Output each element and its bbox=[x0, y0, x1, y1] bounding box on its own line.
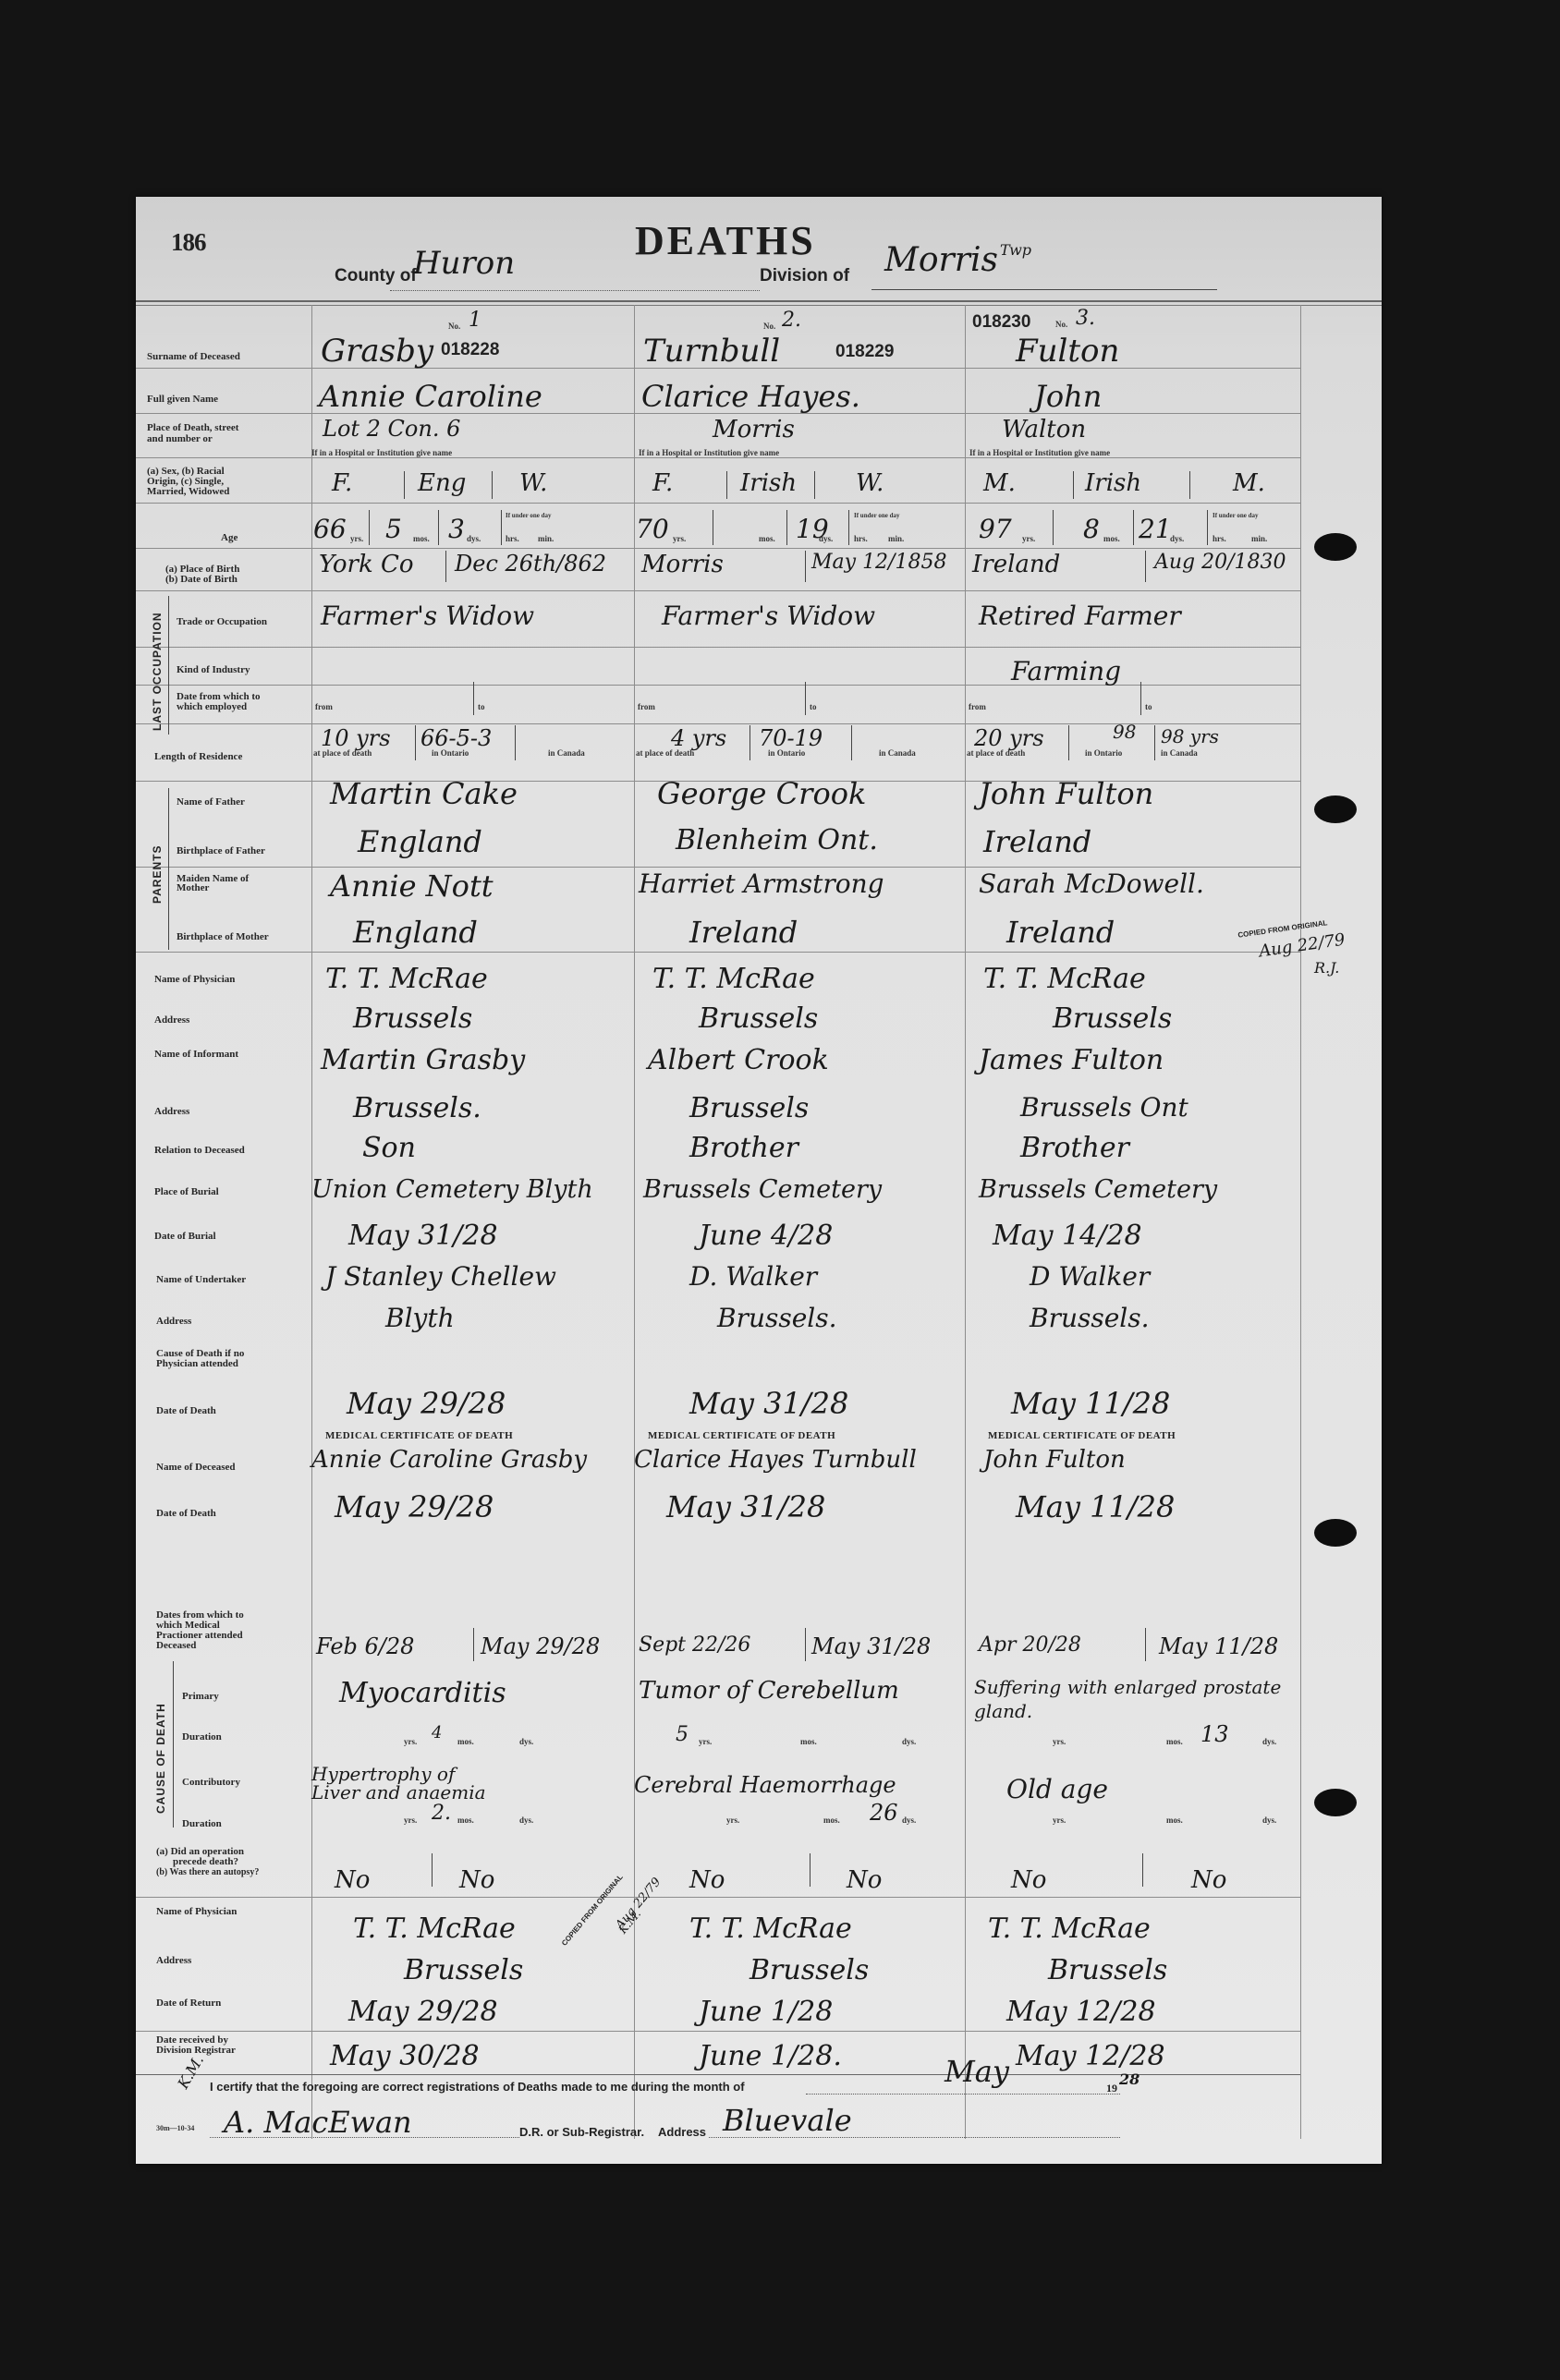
sub-divider bbox=[473, 682, 474, 715]
punch-hole bbox=[1314, 795, 1357, 823]
birth-place-value: Ireland bbox=[972, 551, 1060, 578]
mos-unit: mos. bbox=[1166, 1737, 1183, 1746]
racial-origin-value: Irish bbox=[1085, 469, 1141, 497]
date-of-death-value: May 11/28 bbox=[1011, 1386, 1170, 1421]
primary-cause-value: Myocarditis bbox=[339, 1677, 506, 1709]
at-place-label: at place of death bbox=[313, 748, 372, 758]
place-of-death-value: Morris bbox=[713, 416, 795, 443]
informant-address-value: Brussels Ont bbox=[1020, 1092, 1188, 1123]
racial-origin-value: Irish bbox=[740, 469, 797, 497]
sub-divider bbox=[432, 1853, 433, 1887]
sub-divider bbox=[404, 471, 405, 499]
label-undertaker-address: Address bbox=[156, 1317, 191, 1327]
mother-maiden-value: Sarah McDowell. bbox=[979, 868, 1204, 899]
med-date-of-death-value: May 11/28 bbox=[1016, 1489, 1175, 1524]
label-residence: Length of Residence bbox=[154, 752, 242, 762]
racial-origin-value: Eng bbox=[418, 469, 466, 497]
sub-divider bbox=[805, 551, 806, 582]
certify-month: May bbox=[945, 2054, 1009, 2089]
date-return-value: June 1/28 bbox=[699, 1996, 833, 2028]
label-undertaker: Name of Undertaker bbox=[156, 1275, 246, 1285]
yrs-unit: yrs. bbox=[1053, 1815, 1066, 1825]
label-given-name: Full given Name bbox=[147, 395, 218, 405]
sub-divider bbox=[515, 725, 516, 760]
record-column-3: 018230 No. 3. Fulton John Walton If in a… bbox=[965, 305, 1300, 2139]
operation-value: No bbox=[1011, 1866, 1046, 1894]
dys-unit: dys. bbox=[467, 534, 481, 543]
sub-divider bbox=[1145, 551, 1146, 582]
registration-number: 018228 bbox=[441, 340, 499, 360]
relation-value: Brother bbox=[1020, 1132, 1129, 1164]
med-address-value: Brussels bbox=[404, 1954, 523, 1986]
registration-number: 018230 bbox=[972, 312, 1030, 333]
informant-value: Albert Crook bbox=[648, 1044, 829, 1076]
med-name-value: Clarice Hayes Turnbull bbox=[634, 1446, 917, 1474]
physician-address-value: Brussels bbox=[699, 1002, 818, 1035]
dys-unit: dys. bbox=[1170, 534, 1184, 543]
dys-unit: dys. bbox=[519, 1815, 533, 1825]
label-operation-2: precede death? bbox=[173, 1857, 238, 1867]
death-register-page: 186 DEATHS County of Huron Division of M… bbox=[136, 197, 1382, 2164]
burial-date-value: May 14/28 bbox=[993, 1220, 1142, 1252]
sub-divider bbox=[445, 551, 446, 582]
primary-duration-mos: 4 bbox=[432, 1723, 442, 1742]
undertaker-value: D. Walker bbox=[689, 1261, 817, 1292]
label-duration-contributory: Duration bbox=[182, 1819, 222, 1829]
county-underline bbox=[390, 290, 760, 291]
burial-place-value: Union Cemetery Blyth bbox=[311, 1175, 593, 1204]
yrs-unit: yrs. bbox=[726, 1815, 739, 1825]
sub-divider bbox=[805, 1628, 806, 1661]
age-days-value: 21 bbox=[1139, 514, 1172, 544]
given-name-value: Clarice Hayes. bbox=[641, 379, 860, 414]
physician-value: T. T. McRae bbox=[652, 963, 815, 995]
under-one-day-hint: If under one day bbox=[854, 512, 899, 519]
mos-unit: mos. bbox=[413, 534, 430, 543]
min-unit: min. bbox=[888, 534, 904, 543]
label-trade: Trade or Occupation bbox=[177, 617, 267, 627]
informant-value: James Fulton bbox=[979, 1044, 1164, 1076]
yrs-unit: yrs. bbox=[404, 1815, 417, 1825]
father-name-value: John Fulton bbox=[979, 776, 1153, 811]
residence-place-value: 10 yrs bbox=[321, 725, 391, 751]
age-months-value: 8 bbox=[1083, 514, 1100, 544]
med-date-of-death-value: May 29/28 bbox=[335, 1489, 494, 1524]
from-label: from bbox=[638, 702, 655, 711]
label-place-of-death-1: Place of Death, street bbox=[147, 423, 238, 433]
residence-canada-value: 98 yrs bbox=[1161, 725, 1219, 747]
label-med-date-of-death: Date of Death bbox=[156, 1509, 216, 1519]
contributory-duration-mos: 2. bbox=[432, 1802, 451, 1825]
residence-ontario-value: 70-19 bbox=[759, 725, 823, 751]
residence-place-value: 4 yrs bbox=[671, 725, 726, 751]
hospital-hint: If in a Hospital or Institution give nam… bbox=[969, 448, 1110, 457]
undertaker-address-value: Blyth bbox=[385, 1303, 455, 1333]
industry-value: Farming bbox=[1011, 656, 1121, 686]
division-underline bbox=[871, 289, 1217, 290]
sub-divider bbox=[369, 510, 370, 545]
at-place-label: at place of death bbox=[967, 748, 1025, 758]
attended-to-value: May 11/28 bbox=[1159, 1633, 1278, 1659]
label-burial-date: Date of Burial bbox=[154, 1232, 216, 1242]
col-divider-3 bbox=[1300, 305, 1301, 2139]
attended-to-value: May 31/28 bbox=[811, 1633, 931, 1659]
label-place-of-death-2: and number or bbox=[147, 434, 213, 444]
record-no: 2. bbox=[782, 309, 801, 332]
marital-value: W. bbox=[519, 469, 547, 497]
burial-date-value: June 4/28 bbox=[699, 1220, 833, 1252]
footer-address-label: Address bbox=[658, 2125, 706, 2139]
yrs-unit: yrs. bbox=[699, 1737, 712, 1746]
county-label: County of bbox=[335, 266, 417, 286]
parents-bracket bbox=[168, 788, 169, 950]
dys-unit: dys. bbox=[902, 1815, 916, 1825]
date-received-value: June 1/28. bbox=[699, 2040, 842, 2072]
primary-cause-value: Suffering with enlarged prostate gland. bbox=[974, 1675, 1288, 1723]
sub-divider bbox=[1145, 1628, 1146, 1661]
sub-divider bbox=[1073, 471, 1074, 499]
record-no: 3. bbox=[1076, 307, 1095, 330]
label-employed-2: which employed bbox=[177, 702, 247, 712]
date-received-value: May 30/28 bbox=[330, 2040, 480, 2072]
registrar-signature: A. MacEwan bbox=[224, 2105, 412, 2140]
sex-value: F. bbox=[652, 469, 673, 497]
sub-divider bbox=[726, 471, 727, 499]
med-physician-value: T. T. McRae bbox=[988, 1912, 1151, 1945]
mos-unit: mos. bbox=[823, 1815, 840, 1825]
date-return-value: May 29/28 bbox=[348, 1996, 498, 2028]
record-column-2: No. 2. 018229 Turnbull Clarice Hayes. Mo… bbox=[634, 305, 965, 2139]
to-label: to bbox=[1145, 702, 1152, 711]
yrs-unit: yrs. bbox=[1053, 1737, 1066, 1746]
sub-divider bbox=[415, 725, 416, 760]
to-label: to bbox=[478, 702, 485, 711]
date-of-death-value: May 29/28 bbox=[347, 1386, 506, 1421]
attended-from-value: Apr 20/28 bbox=[979, 1633, 1081, 1657]
medical-certificate-heading: MEDICAL CERTIFICATE OF DEATH bbox=[325, 1430, 513, 1441]
age-years-value: 97 bbox=[979, 514, 1012, 544]
in-ontario-label: in Ontario bbox=[768, 748, 805, 758]
undertaker-value: J Stanley Chellew bbox=[325, 1261, 556, 1292]
date-return-value: May 12/28 bbox=[1006, 1996, 1156, 2028]
med-physician-value: T. T. McRae bbox=[353, 1912, 516, 1945]
autopsy-value: No bbox=[847, 1866, 882, 1894]
med-name-value: Annie Caroline Grasby bbox=[311, 1446, 587, 1474]
parents-group-label: PARENTS bbox=[151, 845, 164, 904]
physician-value: T. T. McRae bbox=[325, 963, 488, 995]
label-mother-birthplace: Birthplace of Mother bbox=[177, 932, 269, 942]
hrs-unit: hrs. bbox=[1213, 534, 1226, 543]
year-suffix: 28 bbox=[1119, 2070, 1140, 2088]
from-label: from bbox=[969, 702, 986, 711]
cause-bracket bbox=[173, 1661, 174, 1827]
sex-value: F. bbox=[332, 469, 352, 497]
label-duration-primary: Duration bbox=[182, 1732, 222, 1742]
age-years-value: 66 bbox=[313, 514, 347, 544]
autopsy-value: No bbox=[1191, 1866, 1226, 1894]
surname-value: Fulton bbox=[1016, 333, 1119, 370]
med-physician-value: T. T. McRae bbox=[689, 1912, 852, 1945]
father-name-value: Martin Cake bbox=[330, 776, 518, 811]
father-birthplace-value: Blenheim Ont. bbox=[676, 824, 878, 856]
undertaker-value: D Walker bbox=[1030, 1261, 1150, 1292]
date-received-value: May 12/28 bbox=[1016, 2040, 1165, 2072]
attended-to-value: May 29/28 bbox=[481, 1633, 600, 1659]
registration-number: 018229 bbox=[835, 342, 894, 362]
undertaker-address-value: Brussels. bbox=[1030, 1303, 1150, 1333]
label-informant-address: Address bbox=[154, 1107, 189, 1117]
sub-divider bbox=[851, 725, 852, 760]
dys-unit: dys. bbox=[902, 1737, 916, 1746]
burial-place-value: Brussels Cemetery bbox=[643, 1175, 882, 1204]
physician-address-value: Brussels bbox=[353, 1002, 472, 1035]
residence-place-value: 20 yrs bbox=[974, 725, 1044, 751]
mos-unit: mos. bbox=[800, 1737, 817, 1746]
occupation-bracket bbox=[168, 596, 169, 735]
mos-unit: mos. bbox=[457, 1815, 474, 1825]
sub-divider bbox=[848, 510, 849, 545]
under-one-day-hint: If under one day bbox=[1213, 512, 1258, 519]
sub-divider bbox=[1053, 510, 1054, 545]
sub-divider bbox=[1142, 1853, 1143, 1887]
label-contributory: Contributory bbox=[182, 1778, 240, 1788]
page-number: 186 bbox=[171, 228, 206, 257]
informant-address-value: Brussels. bbox=[353, 1092, 481, 1124]
mother-birthplace-value: Ireland bbox=[689, 915, 798, 950]
record-column-1: No. 1 018228 Grasby Annie Caroline Lot 2… bbox=[311, 305, 634, 2139]
contributory-cause-value: Cerebral Haemorrhage bbox=[634, 1772, 896, 1798]
label-relation: Relation to Deceased bbox=[154, 1146, 245, 1156]
sub-divider bbox=[1133, 510, 1134, 545]
med-address-value: Brussels bbox=[750, 1954, 869, 1986]
contributory-cause-value: Hypertrophy of Liver and anaemia bbox=[311, 1765, 496, 1802]
in-canada-label: in Canada bbox=[879, 748, 916, 758]
label-sex-3: Married, Widowed bbox=[147, 487, 229, 497]
relation-value: Son bbox=[362, 1132, 416, 1164]
age-years-value: 70 bbox=[636, 514, 669, 544]
at-place-label: at place of death bbox=[636, 748, 694, 758]
dys-unit: dys. bbox=[519, 1737, 533, 1746]
month-underline bbox=[806, 2094, 1120, 2095]
place-of-death-value: Lot 2 Con. 6 bbox=[323, 416, 460, 442]
label-attended-4: Deceased bbox=[156, 1641, 196, 1651]
med-name-value: John Fulton bbox=[983, 1446, 1126, 1474]
hospital-hint: If in a Hospital or Institution give nam… bbox=[311, 448, 452, 457]
med-address-value: Brussels bbox=[1048, 1954, 1167, 1986]
mother-maiden-value: Annie Nott bbox=[330, 868, 494, 904]
residence-ontario-value: 66-5-3 bbox=[420, 725, 492, 751]
autopsy-value: No bbox=[459, 1866, 494, 1894]
label-industry: Kind of Industry bbox=[177, 665, 250, 675]
contributory-cause-value: Old age bbox=[1006, 1774, 1108, 1804]
yrs-unit: yrs. bbox=[673, 534, 686, 543]
no-label: No. bbox=[763, 322, 775, 331]
under-one-day-hint: If under one day bbox=[506, 512, 551, 519]
informant-address-value: Brussels bbox=[689, 1092, 809, 1124]
label-med-name: Name of Deceased bbox=[156, 1463, 236, 1473]
label-cause-no-physician-2: Physician attended bbox=[156, 1359, 238, 1369]
sub-divider bbox=[805, 682, 806, 715]
dys-unit: dys. bbox=[819, 534, 833, 543]
label-physician-address: Address bbox=[154, 1015, 189, 1026]
label-mother-maiden-2: Mother bbox=[177, 883, 209, 893]
trade-value: Retired Farmer bbox=[979, 601, 1181, 631]
label-birth-2: (b) Date of Birth bbox=[165, 575, 238, 585]
certify-statement: I certify that the foregoing are correct… bbox=[210, 2080, 745, 2094]
marital-value: M. bbox=[1233, 469, 1265, 497]
label-informant: Name of Informant bbox=[154, 1050, 238, 1060]
min-unit: min. bbox=[1251, 534, 1267, 543]
sub-divider bbox=[473, 1628, 474, 1661]
surname-value: Grasby bbox=[321, 333, 433, 370]
hospital-hint: If in a Hospital or Institution give nam… bbox=[639, 448, 779, 457]
operation-value: No bbox=[335, 1866, 370, 1894]
label-med-address: Address bbox=[156, 1956, 191, 1966]
physician-address-value: Brussels bbox=[1053, 1002, 1172, 1035]
mother-birthplace-value: England bbox=[353, 915, 478, 950]
sub-divider bbox=[814, 471, 815, 499]
division-label: Division of bbox=[760, 266, 849, 286]
sub-divider bbox=[1140, 682, 1141, 715]
punch-hole bbox=[1314, 533, 1357, 561]
sub-divider bbox=[750, 725, 750, 760]
attended-from-value: Sept 22/26 bbox=[639, 1633, 750, 1657]
father-name-value: George Crook bbox=[657, 776, 866, 811]
primary-duration-yrs: 5 bbox=[676, 1723, 689, 1746]
to-label: to bbox=[810, 702, 817, 711]
relation-value: Brother bbox=[689, 1132, 798, 1164]
age-months-value: 5 bbox=[385, 514, 402, 544]
mother-birthplace-value: Ireland bbox=[1006, 915, 1115, 950]
yrs-unit: yrs. bbox=[1022, 534, 1035, 543]
primary-cause-value: Tumor of Cerebellum bbox=[639, 1677, 899, 1705]
undertaker-address-value: Brussels. bbox=[717, 1303, 837, 1333]
birth-place-value: York Co bbox=[319, 551, 414, 578]
burial-place-value: Brussels Cemetery bbox=[979, 1175, 1217, 1204]
cause-group-label: CAUSE OF DEATH bbox=[154, 1703, 167, 1814]
footer-address-value: Bluevale bbox=[723, 2103, 852, 2138]
birth-date-value: May 12/1858 bbox=[811, 551, 946, 574]
operation-value: No bbox=[689, 1866, 725, 1894]
division-suffix: Twp bbox=[1000, 241, 1031, 259]
punch-hole bbox=[1314, 1519, 1357, 1547]
division-value: Morris bbox=[884, 241, 998, 279]
stamp-1-initials: R.J. bbox=[1314, 959, 1339, 977]
sub-divider bbox=[1189, 471, 1190, 499]
margin-initials: K.M. bbox=[174, 2052, 207, 2092]
sub-divider bbox=[1154, 725, 1155, 760]
birth-place-value: Morris bbox=[641, 551, 724, 578]
label-father-birthplace: Birthplace of Father bbox=[177, 846, 265, 856]
trade-value: Farmer's Widow bbox=[321, 601, 534, 631]
sub-divider bbox=[1207, 510, 1208, 545]
sub-divider bbox=[713, 510, 713, 545]
label-operation-3: (b) Was there an autopsy? bbox=[156, 1867, 259, 1877]
mos-unit: mos. bbox=[759, 534, 775, 543]
father-birthplace-value: England bbox=[358, 824, 482, 859]
label-date-return: Date of Return bbox=[156, 1998, 221, 2009]
burial-date-value: May 31/28 bbox=[348, 1220, 498, 1252]
father-birthplace-value: Ireland bbox=[983, 824, 1091, 859]
dys-unit: dys. bbox=[1262, 1815, 1276, 1825]
no-label: No. bbox=[1055, 320, 1067, 329]
label-primary: Primary bbox=[182, 1692, 219, 1702]
page-title: DEATHS bbox=[635, 217, 816, 264]
sex-value: M. bbox=[983, 469, 1016, 497]
mos-unit: mos. bbox=[1166, 1815, 1183, 1825]
attended-from-value: Feb 6/28 bbox=[316, 1633, 414, 1659]
hrs-unit: hrs. bbox=[506, 534, 519, 543]
in-ontario-label: in Ontario bbox=[432, 748, 469, 758]
sub-divider bbox=[786, 510, 787, 545]
label-physician: Name of Physician bbox=[154, 975, 235, 985]
physician-value: T. T. McRae bbox=[983, 963, 1146, 995]
date-of-death-value: May 31/28 bbox=[689, 1386, 848, 1421]
primary-duration-dys: 13 bbox=[1200, 1721, 1229, 1747]
place-of-death-value: Walton bbox=[1002, 416, 1086, 443]
form-number: 30m—10-34 bbox=[156, 2124, 194, 2132]
min-unit: min. bbox=[538, 534, 554, 543]
yrs-unit: yrs. bbox=[350, 534, 363, 543]
birth-date-value: Aug 20/1830 bbox=[1154, 551, 1286, 574]
informant-value: Martin Grasby bbox=[321, 1044, 525, 1076]
age-days-value: 3 bbox=[448, 514, 465, 544]
label-date-of-death: Date of Death bbox=[156, 1406, 216, 1416]
yrs-unit: yrs. bbox=[404, 1737, 417, 1746]
sub-divider bbox=[810, 1853, 810, 1887]
contributory-duration-dys: 26 bbox=[870, 1800, 898, 1826]
sub-divider bbox=[1068, 725, 1069, 760]
in-ontario-label: in Ontario bbox=[1085, 748, 1122, 758]
punch-hole bbox=[1314, 1789, 1357, 1816]
dys-unit: dys. bbox=[1262, 1737, 1276, 1746]
label-med-physician: Name of Physician bbox=[156, 1907, 237, 1917]
marital-value: W. bbox=[856, 469, 884, 497]
record-no: 1 bbox=[469, 309, 481, 332]
mos-unit: mos. bbox=[457, 1737, 474, 1746]
label-burial-place: Place of Burial bbox=[154, 1187, 219, 1197]
given-name-value: Annie Caroline bbox=[319, 379, 542, 414]
given-name-value: John bbox=[1034, 379, 1102, 414]
last-occupation-group-label: LAST OCCUPATION bbox=[151, 612, 164, 731]
sub-divider bbox=[438, 510, 439, 545]
registrar-label: D.R. or Sub-Registrar. bbox=[519, 2125, 644, 2139]
mother-maiden-value: Harriet Armstrong bbox=[639, 868, 884, 899]
med-date-of-death-value: May 31/28 bbox=[666, 1489, 825, 1524]
residence-ontario-value: 98 bbox=[1113, 721, 1136, 743]
top-rule bbox=[136, 300, 1382, 302]
label-surname: Surname of Deceased bbox=[147, 352, 240, 362]
in-canada-label: in Canada bbox=[1161, 748, 1198, 758]
medical-certificate-heading: MEDICAL CERTIFICATE OF DEATH bbox=[988, 1430, 1176, 1441]
sub-divider bbox=[492, 471, 493, 499]
trade-value: Farmer's Widow bbox=[662, 601, 875, 631]
label-age: Age bbox=[221, 533, 238, 543]
sub-divider bbox=[501, 510, 502, 545]
county-value: Huron bbox=[413, 245, 515, 282]
no-label: No. bbox=[448, 322, 460, 331]
label-father-name: Name of Father bbox=[177, 797, 245, 807]
mos-unit: mos. bbox=[1103, 534, 1120, 543]
surname-value: Turnbull bbox=[643, 333, 780, 370]
hrs-unit: hrs. bbox=[854, 534, 868, 543]
year-prefix: 19 bbox=[1106, 2082, 1117, 2095]
from-label: from bbox=[315, 702, 333, 711]
medical-certificate-heading: MEDICAL CERTIFICATE OF DEATH bbox=[648, 1430, 835, 1441]
in-canada-label: in Canada bbox=[548, 748, 585, 758]
birth-date-value: Dec 26th/862 bbox=[455, 551, 606, 577]
